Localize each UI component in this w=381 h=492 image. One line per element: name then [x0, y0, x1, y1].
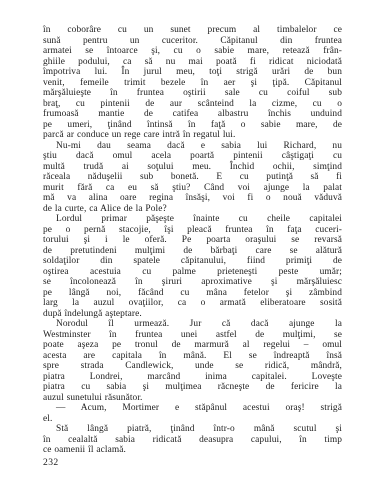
page-number: 232 — [43, 457, 59, 468]
paragraph: Stă lângă piatră, ţinând într-o mână scu… — [43, 424, 342, 456]
paragraph: Lordul primar păşeşte înainte cu cheile … — [43, 214, 342, 319]
text-line: — Acum, Mortimer e stăpânul acestui oraş… — [43, 403, 342, 414]
text-line: împotriva lui. În jurul meu, toţi strigă… — [43, 67, 342, 78]
paragraph: — Acum, Mortimer e stăpânul acestui oraş… — [43, 403, 342, 424]
text-line: Norodul îl urmează. Jur că dacă ajunge l… — [43, 319, 342, 330]
text-line: mărşăluieşte în fruntea oştirii sale cu … — [43, 88, 342, 99]
paragraph: în coborâre cu un sunet precum al timbal… — [43, 25, 342, 141]
text-line: oştirea acestuia cu palme prieteneşti pe… — [43, 267, 342, 278]
text-line: soldaţilor din spatele căpitanului, fiin… — [43, 256, 342, 267]
text-line: se încolonează în şiruri aproximative şi… — [43, 277, 342, 288]
paragraph: Norodul îl urmează. Jur că dacă ajunge l… — [43, 319, 342, 403]
text-line: braţ, cu pintenii de aur scânteind la ci… — [43, 99, 342, 110]
text-line: pe umeri, ţinând întinsă în faţă o sabie… — [43, 120, 342, 131]
text-line: mă va alina oare regina însăşi, voi fi o… — [43, 193, 342, 204]
text-line: sună pentru un cuceritor. Căpitanul din … — [43, 36, 342, 47]
text-line: acesta are capitala în mână. El se îndre… — [43, 351, 342, 362]
text-line: de pretutindeni mulţimi de bărbaţi care … — [43, 246, 342, 257]
paragraph: Nu-mi dau seama dacă e sabia lui Richard… — [43, 141, 342, 215]
text-line: ştiu dacă omul acela poartă pintenii câş… — [43, 151, 342, 162]
text-line: ghiile podului, ca să nu mai poată fi ri… — [43, 57, 342, 68]
text-line: Stă lângă piatră, ţinând într-o mână scu… — [43, 424, 342, 435]
text-line: Lordul primar păşeşte înainte cu cheile … — [43, 214, 342, 225]
text-line: în cealaltă sabia ridicată deasupra capu… — [43, 435, 342, 446]
text-line: larg la auzul ovaţiilor, ca o armată eli… — [43, 298, 342, 309]
text-line: armatei se întoarce şi, cu o sabie mare,… — [43, 46, 342, 57]
text-line: venit, femeile trimit bezele în aer şi ţ… — [43, 78, 342, 89]
text-line: murit fără ca eu să ştiu? Când voi ajung… — [43, 183, 342, 194]
text-line: pe lângă noi, făcând cu mâna fetelor şi … — [43, 288, 342, 299]
text-line: auzul sunetului răsunător. — [43, 393, 342, 404]
text-line: după îndelungă aşteptare. — [43, 309, 342, 320]
text-line: piatra cu sabia şi mulţimea răcneşte de … — [43, 382, 342, 393]
text-line: Nu-mi dau seama dacă e sabia lui Richard… — [43, 141, 342, 152]
text-line: poate aşeza pe tronul de marmură al rege… — [43, 340, 342, 351]
text-line: el. — [43, 414, 342, 425]
text-line: Westminster în fruntea unei astfel de mu… — [43, 330, 342, 341]
text-line: ce oamenii îl aclamă. — [43, 445, 342, 456]
book-page: în coborâre cu un sunet precum al timbal… — [0, 0, 381, 492]
text-line: răceala năduşelii sub bonetă. E cu putin… — [43, 172, 342, 183]
text-line: torului şi i le oferă. Pe poarta oraşulu… — [43, 235, 342, 246]
text-line: parcă ar conduce un rege care intră în r… — [43, 130, 342, 141]
text-line: în coborâre cu un sunet precum al timbal… — [43, 25, 342, 36]
text-line: pe o pernă stacojie, îşi pleacă fruntea … — [43, 225, 342, 236]
text-line: piatra Londrei, marcând inima capitalei.… — [43, 372, 342, 383]
text-line: multă trudă ai soţului meu. Închid ochii… — [43, 162, 342, 173]
body-text: în coborâre cu un sunet precum al timbal… — [43, 25, 342, 456]
text-line: spre strada Candlewick, unde se ridică, … — [43, 361, 342, 372]
text-line: frumoasă mantie de catifea albastru înch… — [43, 109, 342, 120]
text-line: de la curte, ca Alice de la Pole? — [43, 204, 342, 215]
